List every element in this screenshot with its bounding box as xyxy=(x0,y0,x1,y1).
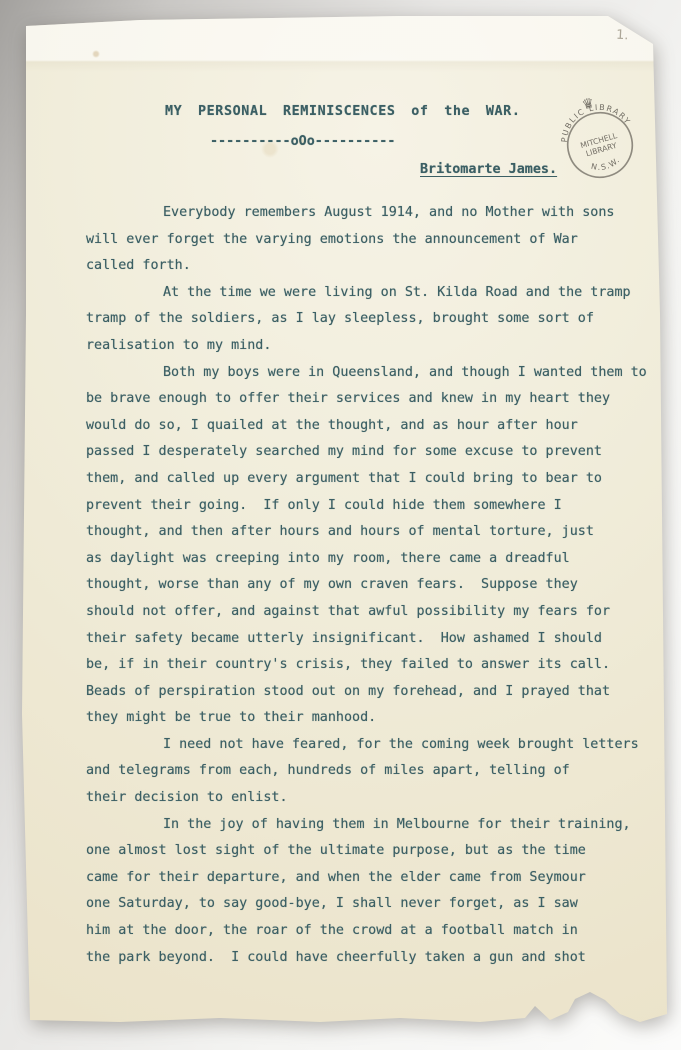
text-line: thought, and then after hours and hours … xyxy=(86,519,646,546)
document-body: Everybody remembers August 1914, and no … xyxy=(86,200,646,971)
text-line: would do so, I quailed at the thought, a… xyxy=(86,413,646,440)
author-name: Britomarte James. xyxy=(420,162,557,177)
text-line: I need not have feared, for the coming w… xyxy=(86,732,646,759)
document-page: 1. ♛ PUBLIC LIBRARY N.S.W. MITCHELL LIBR… xyxy=(20,14,668,1028)
pencil-page-number: 1. xyxy=(616,28,629,44)
text-line: Both my boys were in Queensland, and tho… xyxy=(86,360,646,387)
text-line: realisation to my mind. xyxy=(86,333,646,360)
text-line: as daylight was creeping into my room, t… xyxy=(86,546,646,573)
text-line: and telegrams from each, hundreds of mil… xyxy=(86,758,646,785)
text-line: called forth. xyxy=(86,253,646,280)
text-line: In the joy of having them in Melbourne f… xyxy=(86,812,646,839)
text-line: should not offer, and against that awful… xyxy=(86,599,646,626)
text-line: their decision to enlist. xyxy=(86,785,646,812)
title-divider: ----------oOo---------- xyxy=(210,134,395,149)
text-line: one almost lost sight of the ultimate pu… xyxy=(86,838,646,865)
paragraph: I need not have feared, for the coming w… xyxy=(86,732,646,812)
paragraph: Everybody remembers August 1914, and no … xyxy=(86,200,646,280)
text-line: tramp of the soldiers, as I lay sleeples… xyxy=(86,306,646,333)
paragraph: At the time we were living on St. Kilda … xyxy=(86,280,646,360)
paragraph: Both my boys were in Queensland, and tho… xyxy=(86,360,646,732)
library-stamp: ♛ PUBLIC LIBRARY N.S.W. MITCHELL LIBRARY xyxy=(538,75,659,201)
text-line: one Saturday, to say good-bye, I shall n… xyxy=(86,891,646,918)
paper-shadow: 1. ♛ PUBLIC LIBRARY N.S.W. MITCHELL LIBR… xyxy=(0,0,681,1050)
text-line: their safety became utterly insignifican… xyxy=(86,626,646,653)
scan-background: { "page": { "page_number": "1." }, "stam… xyxy=(0,0,681,1050)
text-line: the park beyond. I could have cheerfully… xyxy=(86,945,646,972)
text-line: him at the door, the roar of the crowd a… xyxy=(86,918,646,945)
text-line: came for their departure, and when the e… xyxy=(86,865,646,892)
text-line: be brave enough to offer their services … xyxy=(86,386,646,413)
text-line: Beads of perspiration stood out on my fo… xyxy=(86,679,646,706)
text-line: prevent their going. If only I could hid… xyxy=(86,493,646,520)
text-line: they might be true to their manhood. xyxy=(86,705,646,732)
text-line: them, and called up every argument that … xyxy=(86,466,646,493)
text-line: Everybody remembers August 1914, and no … xyxy=(86,200,646,227)
text-line: At the time we were living on St. Kilda … xyxy=(86,280,646,307)
text-line: will ever forget the varying emotions th… xyxy=(86,227,646,254)
text-line: passed I desperately searched my mind fo… xyxy=(86,439,646,466)
text-line: thought, worse than any of my own craven… xyxy=(86,572,646,599)
paragraph: In the joy of having them in Melbourne f… xyxy=(86,812,646,972)
text-line: be, if in their country's crisis, they f… xyxy=(86,652,646,679)
document-title: MY PERSONAL REMINISCENCES of the WAR. xyxy=(165,104,521,119)
